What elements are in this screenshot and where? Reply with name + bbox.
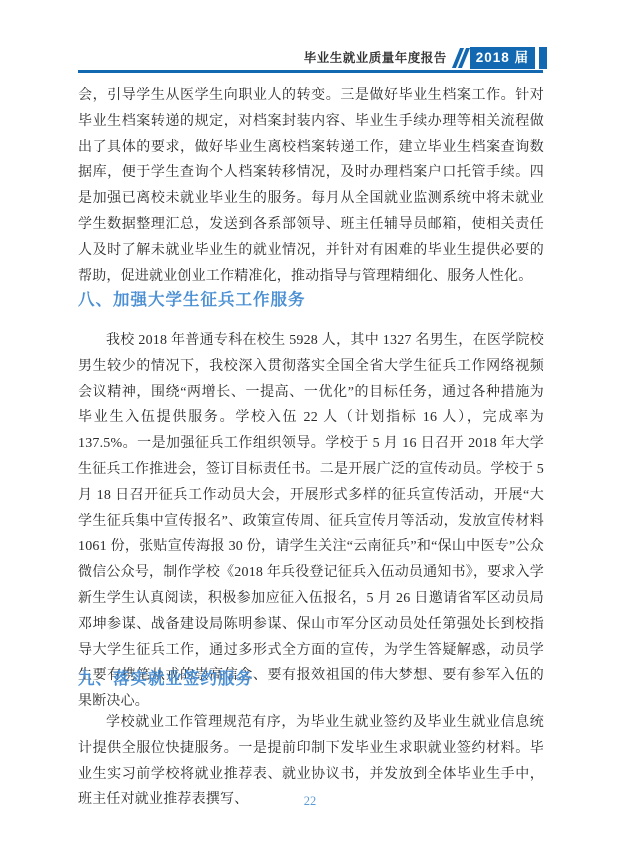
report-title: 毕业生就业质量年度报告: [304, 46, 447, 70]
page-footer: 22: [0, 792, 620, 810]
header-bar-icon: [539, 47, 547, 69]
page-number: 22: [304, 794, 317, 808]
section-heading-8: 八、加强大学生征兵工作服务: [78, 286, 544, 310]
header-rule: [78, 70, 543, 73]
document-page: 毕业生就业质量年度报告 2018 届 会，引导学生从医学生向职业人的转变。三是做…: [0, 0, 620, 841]
paragraph-section-8: 我校 2018 年普通专科在校生 5928 人，其中 1327 名男生，在医学院…: [78, 328, 544, 715]
double-slash-icon: [453, 48, 466, 68]
year-badge: 2018 届: [470, 47, 535, 69]
page-header: 毕业生就业质量年度报告 2018 届: [304, 46, 547, 70]
section-heading-9: 九、落实就业签约服务: [78, 665, 544, 689]
paragraph-continuation: 会，引导学生从医学生向职业人的转变。三是做好毕业生档案工作。针对毕业生档案转递的…: [78, 83, 544, 289]
